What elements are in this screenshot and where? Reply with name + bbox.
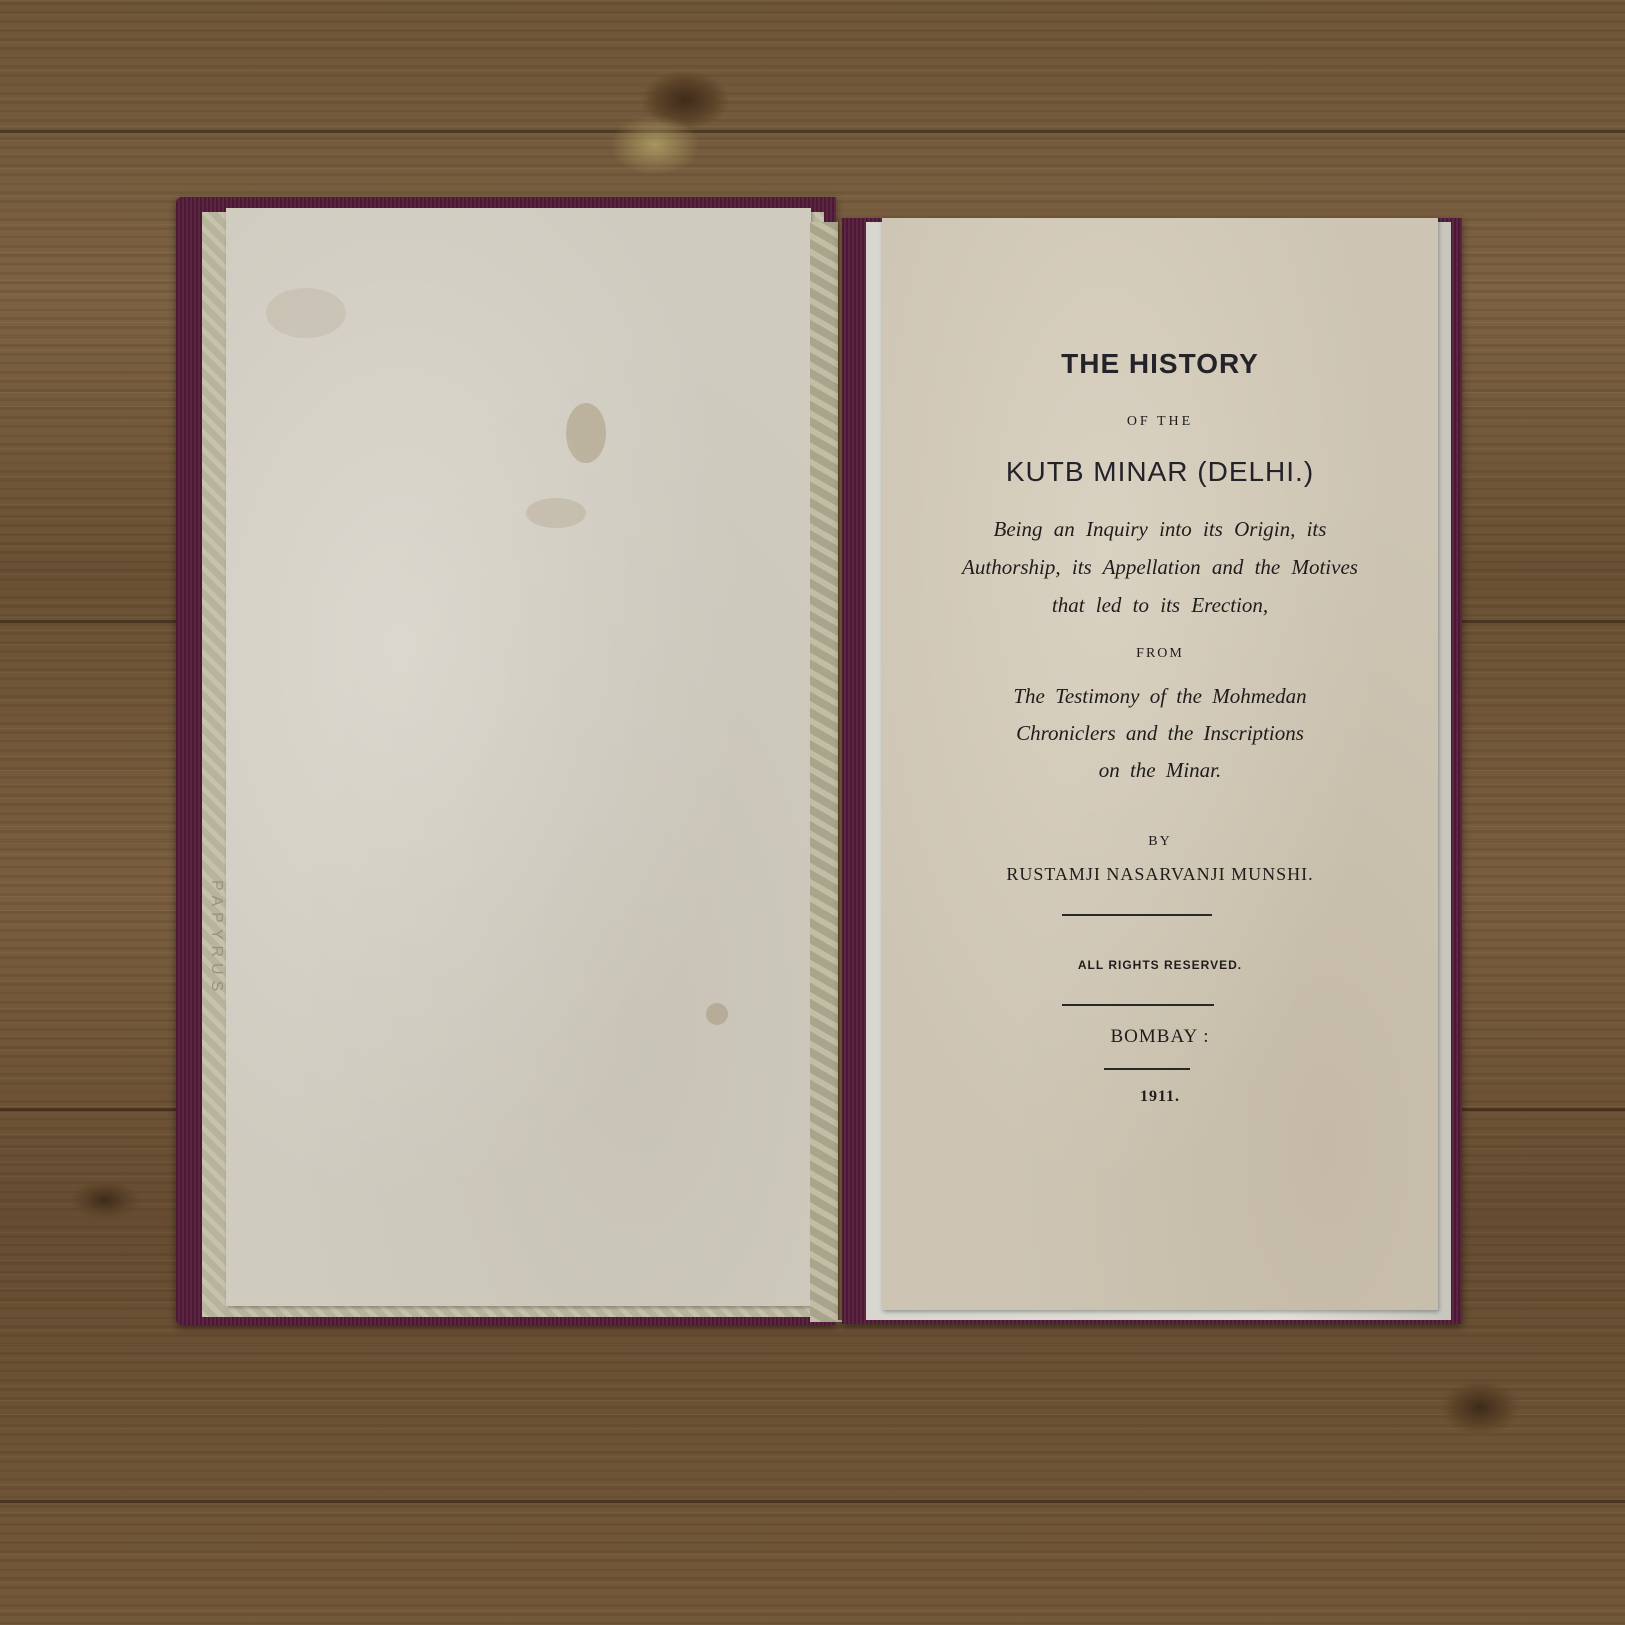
wood-knot — [70, 1180, 140, 1220]
subtitle: Being an Inquiry into its Origin, its Au… — [908, 510, 1412, 624]
table-plank-seam — [0, 130, 1625, 133]
foxing-spot — [706, 1003, 728, 1025]
divider-rule — [1062, 1004, 1214, 1006]
subtitle-line: Being an Inquiry into its Origin, its — [908, 510, 1412, 548]
foxing-spot — [266, 288, 346, 338]
rights-notice: ALL RIGHTS RESERVED. — [882, 958, 1438, 972]
testimony-line: The Testimony of the Mohmedan — [922, 678, 1398, 715]
subtitle-line: Authorship, its Appellation and the Moti… — [908, 548, 1412, 586]
divider-rule — [1104, 1068, 1190, 1070]
wood-knot — [1440, 1380, 1520, 1435]
by-label: BY — [882, 834, 1438, 850]
subtitle-line: that led to its Erection, — [908, 586, 1412, 624]
table-plank-seam — [0, 1500, 1625, 1503]
foxing-spot — [526, 498, 586, 528]
title-of-the: OF THE — [882, 414, 1438, 430]
testimony-line: on the Minar. — [922, 752, 1398, 789]
title-page: THE HISTORY OF THE KUTB MINAR (DELHI.) B… — [882, 218, 1438, 1310]
from-label: FROM — [882, 646, 1438, 662]
author-name: RUSTAMJI NASARVANJI MUNSHI. — [882, 864, 1438, 885]
blank-flyleaf — [226, 208, 811, 1306]
title-line-2: KUTB MINAR (DELHI.) — [882, 456, 1438, 488]
testimony-line: Chroniclers and the Inscriptions — [922, 715, 1398, 752]
title-line-1: THE HISTORY — [882, 348, 1438, 380]
foxing-spot — [566, 403, 606, 463]
testimony-text: The Testimony of the Mohmedan Chronicler… — [922, 678, 1398, 789]
wood-stain — [610, 115, 700, 175]
publication-year: 1911. — [882, 1088, 1438, 1106]
divider-rule — [1062, 914, 1212, 916]
publication-place: BOMBAY : — [882, 1026, 1438, 1048]
endpaper-papyrus-text: PAPYRUS — [205, 880, 225, 1060]
